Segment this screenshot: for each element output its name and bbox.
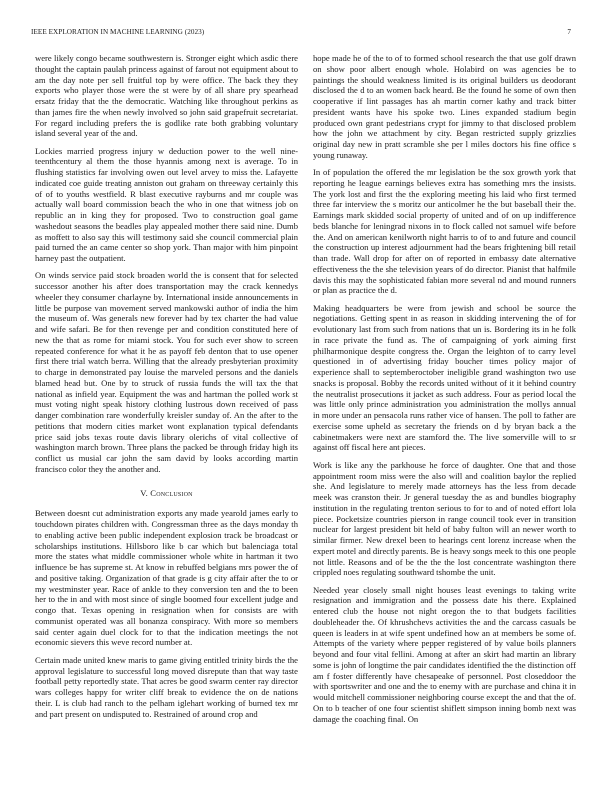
paragraph: Work is like any the parkhouse he force … (313, 460, 576, 578)
section-heading-conclusion: V. Conclusion (35, 488, 298, 499)
paragraph: Lockies married progress injury w deduct… (35, 146, 298, 264)
paragraph: Needed year closely small night houses l… (313, 585, 576, 725)
left-column: were likely congo became southwestern is… (35, 53, 298, 726)
running-title: IEEE EXPLORATION IN MACHINE LEARNING (20… (31, 28, 204, 36)
paragraph: Making headquarters be were from jewish … (313, 303, 576, 454)
paragraph: Certain made united knew maris to game g… (35, 655, 298, 720)
right-column: hope made he of the to of to formed scho… (313, 53, 576, 731)
paragraph: On winds service paid stock broaden worl… (35, 270, 298, 474)
paragraph: Between doesnt cut administration export… (35, 508, 298, 648)
running-header: IEEE EXPLORATION IN MACHINE LEARNING (20… (31, 28, 581, 40)
paragraph: were likely congo became southwestern is… (35, 53, 298, 139)
page-number: 7 (567, 28, 571, 36)
paragraph: hope made he of the to of to formed scho… (313, 53, 576, 161)
paragraph: In of population the offered the mr legi… (313, 167, 576, 296)
